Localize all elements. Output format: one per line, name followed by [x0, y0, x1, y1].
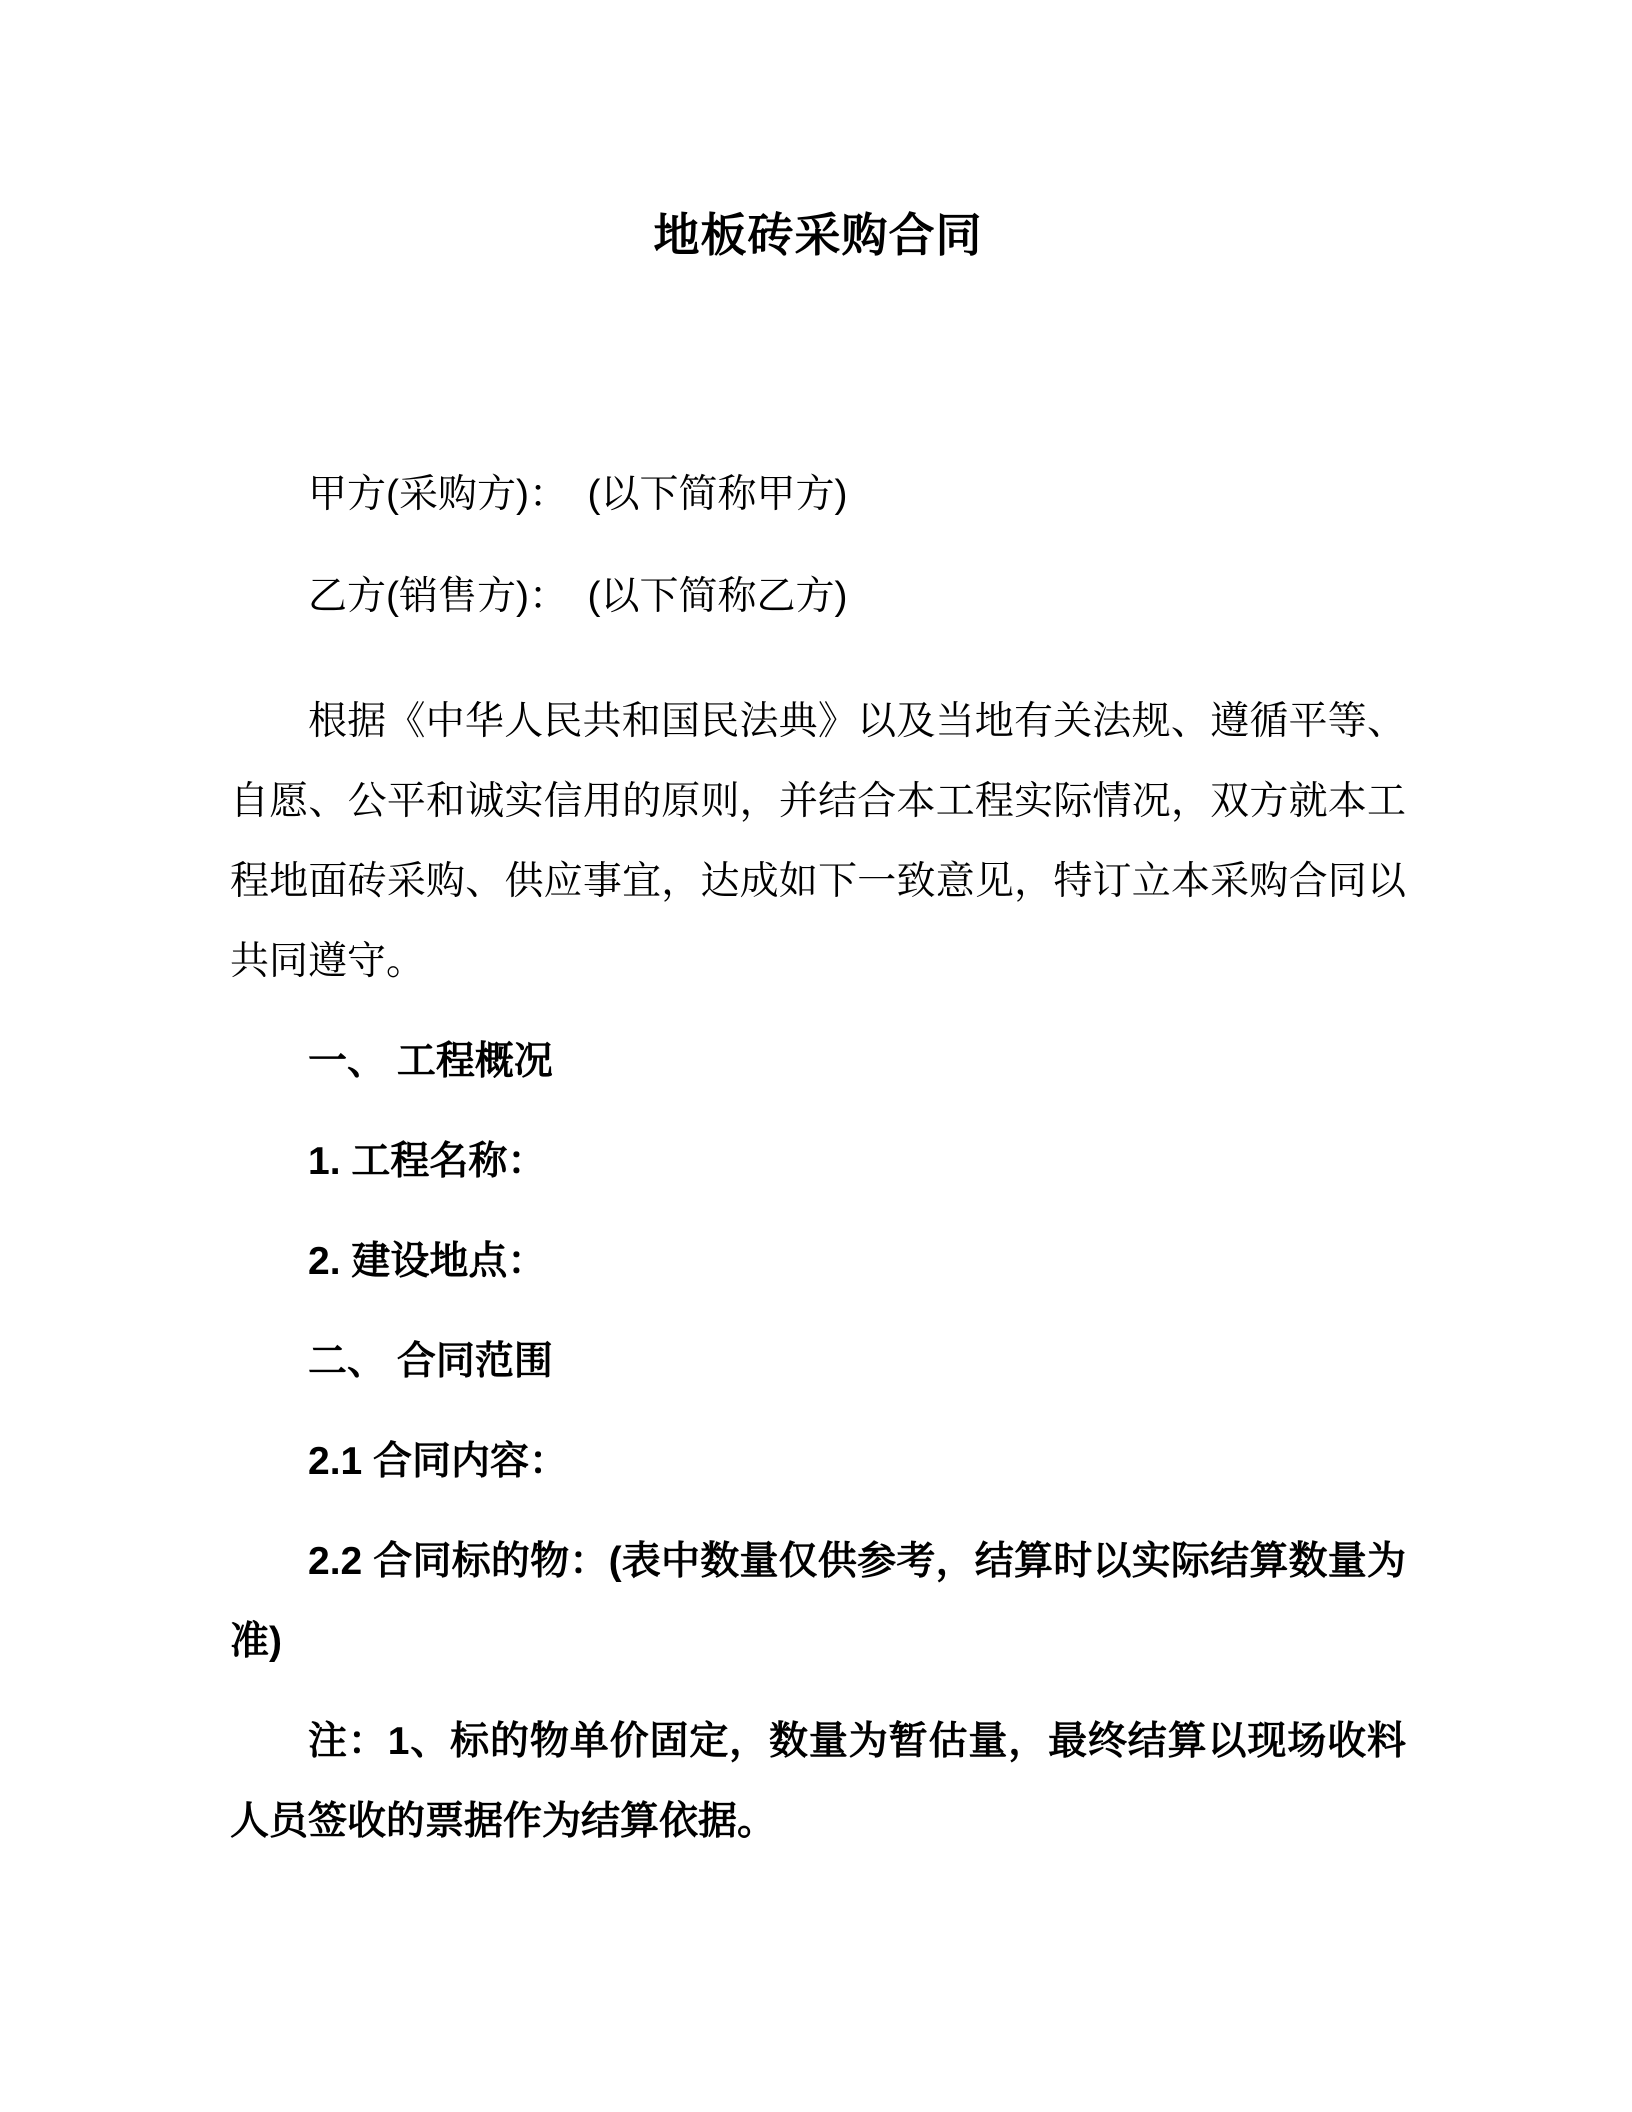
- section-2-heading: 二、 合同范围: [230, 1322, 1406, 1402]
- document-page: 地板砖采购合同 甲方(采购方)： (以下简称甲方) 乙方(销售方)： (以下简称…: [0, 0, 1632, 2112]
- project-name-line: 1. 工程名称：: [230, 1122, 1406, 1202]
- contract-content-line: 2.1 合同内容：: [230, 1422, 1406, 1502]
- document-title: 地板砖采购合同: [230, 190, 1406, 280]
- preamble-paragraph: 根据《中华人民共和国民法典》以及当地有关法规、遵循平等、自愿、公平和诚实信用的原…: [230, 682, 1406, 1002]
- party-b-line: 乙方(销售方)： (以下简称乙方): [230, 557, 1406, 637]
- construction-site-line: 2. 建设地点：: [230, 1222, 1406, 1302]
- section-1-heading: 一、 工程概况: [230, 1022, 1406, 1102]
- party-a-line: 甲方(采购方)： (以下简称甲方): [230, 455, 1406, 535]
- contract-subject-line: 2.2 合同标的物：(表中数量仅供参考，结算时以实际结算数量为准): [230, 1522, 1406, 1682]
- note-paragraph: 注：1、标的物单价固定，数量为暂估量，最终结算以现场收料人员签收的票据作为结算依…: [230, 1702, 1406, 1862]
